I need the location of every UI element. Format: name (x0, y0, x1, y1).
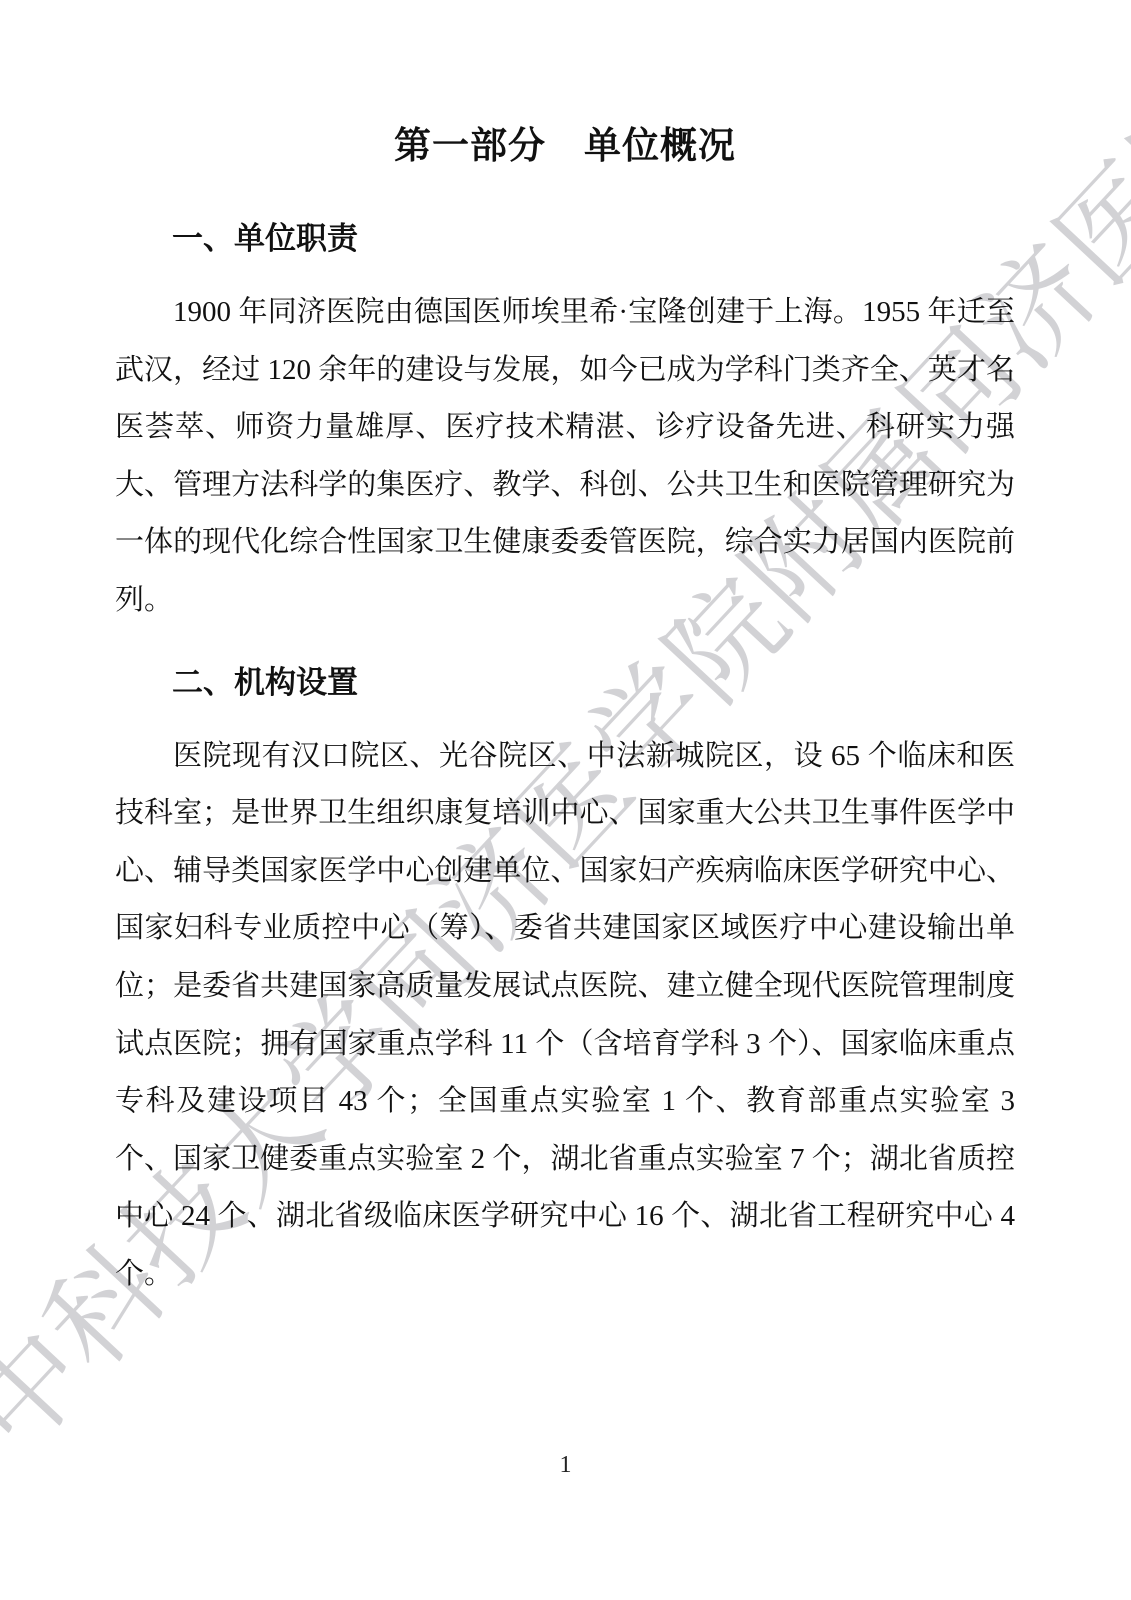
page-number: 1 (0, 1450, 1131, 1480)
section-heading-unit-duties: 一、单位职责 (172, 222, 1015, 256)
page-content: 第一部分 单位概况 一、单位职责 1900 年同济医院由德国医师埃里希·宝隆创建… (115, 0, 1015, 1304)
section-heading-organization: 二、机构设置 (172, 666, 1015, 700)
document-title: 第一部分 单位概况 (115, 122, 1015, 170)
paragraph-organization: 医院现有汉口院区、光谷院区、中法新城院区，设 65 个临床和医技科室；是世界卫生… (115, 728, 1015, 1304)
document-page: 华中科技大学同济医学院附属同济医院 第一部分 单位概况 一、单位职责 1900 … (0, 0, 1131, 1600)
paragraph-unit-duties: 1900 年同济医院由德国医师埃里希·宝隆创建于上海。1955 年迁至武汉，经过… (115, 284, 1015, 630)
